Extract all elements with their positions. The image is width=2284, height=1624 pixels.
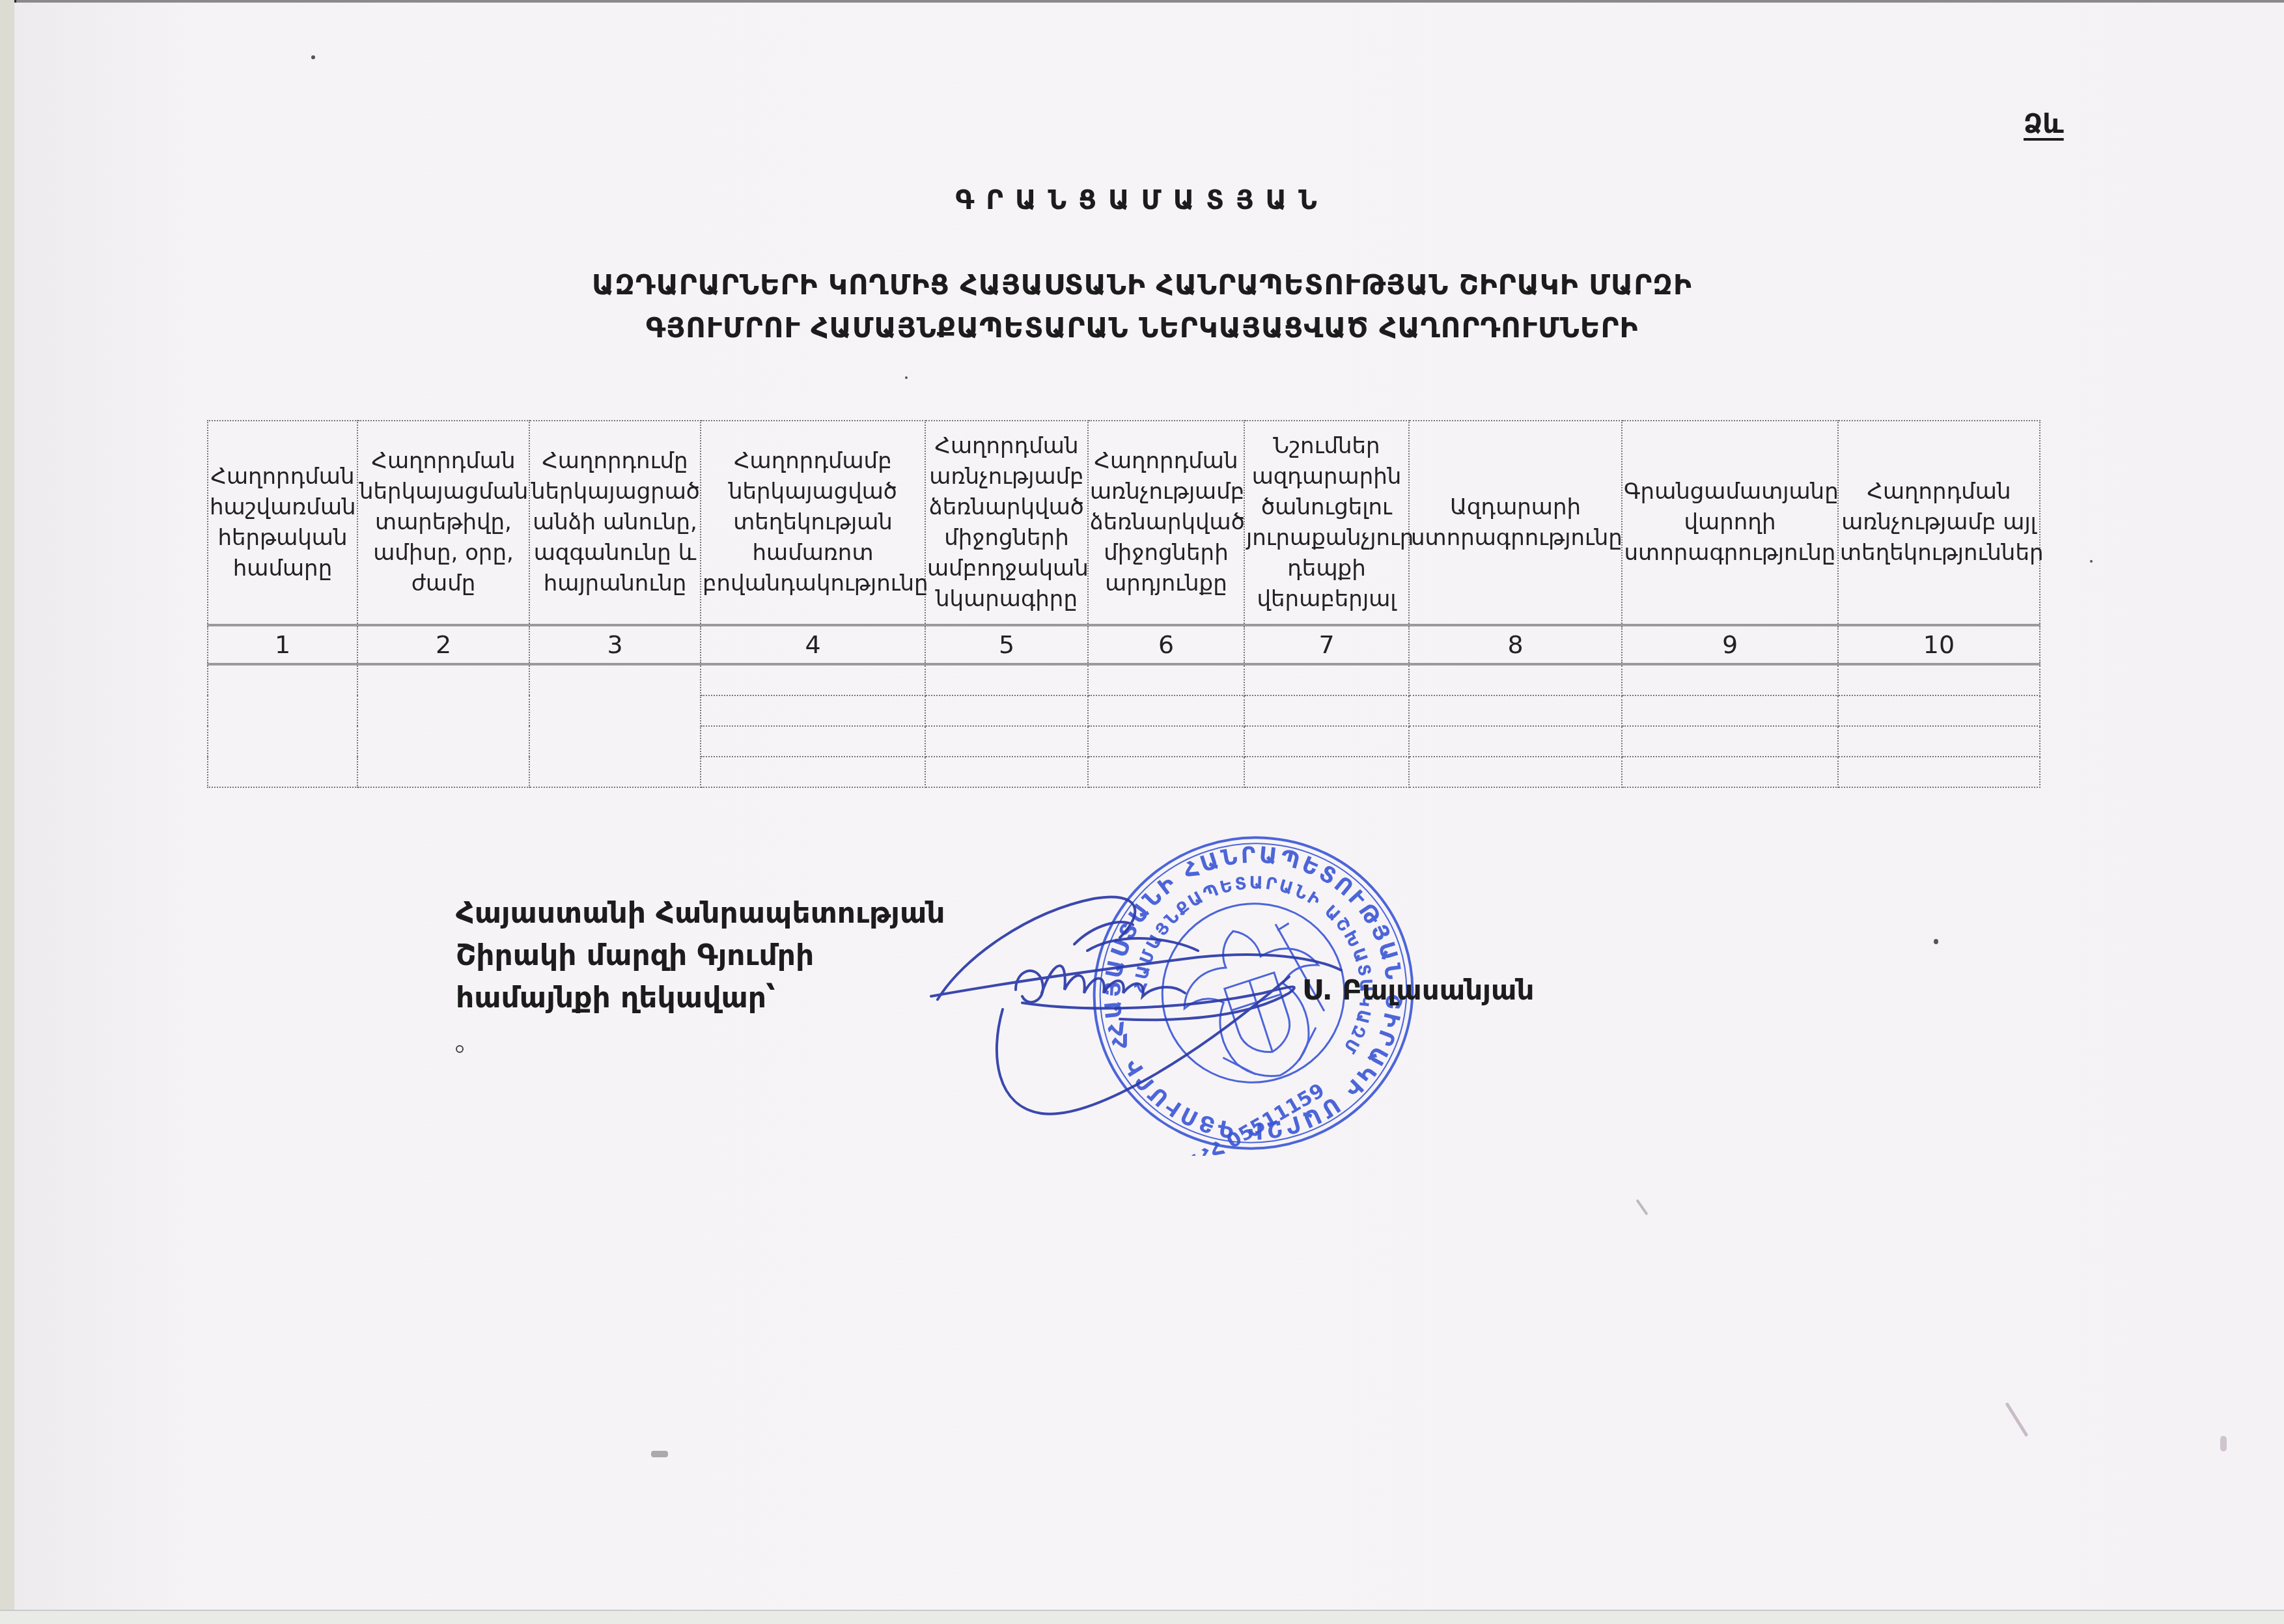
document-title: ԳՐԱՆՑԱՄԱՏՅԱՆ <box>0 186 2284 216</box>
column-number: 5 <box>925 625 1088 664</box>
table-cell <box>1838 726 2040 757</box>
table-cell <box>701 695 925 726</box>
table-cell <box>1244 726 1409 757</box>
scan-speck <box>2090 560 2093 563</box>
column-number: 4 <box>701 625 925 664</box>
table-cell <box>1622 695 1838 726</box>
table-cell <box>1244 664 1409 695</box>
table-row <box>208 664 2040 695</box>
signer-position-line-1: Հայաստանի Հանրապետության <box>456 892 945 934</box>
table-cell <box>1244 695 1409 726</box>
table-cell <box>925 726 1088 757</box>
column-header: Հաղորդման ներկայացման տարեթիվը, ամիսը, օ… <box>357 421 529 625</box>
column-number: 7 <box>1244 625 1409 664</box>
signer-position-line-3: համայնքի ղեկավար՝ <box>456 977 945 1019</box>
document-page <box>14 3 2284 1611</box>
scan-bottom-edge <box>0 1610 2284 1624</box>
table-cell <box>925 695 1088 726</box>
table-cell <box>1622 664 1838 695</box>
table-cell <box>701 757 925 787</box>
scan-smudge <box>651 1451 668 1457</box>
signer-name: Ս. Բալասանյան <box>1302 974 1535 1006</box>
appendix-mark: Ձև <box>2024 109 2064 139</box>
table-cell <box>1409 757 1622 787</box>
column-number: 1 <box>208 625 357 664</box>
table-cell-merged <box>529 664 701 787</box>
table-cell <box>1838 664 2040 695</box>
table-cell <box>1088 664 1244 695</box>
table-cell <box>1088 757 1244 787</box>
column-header: Հաղորդման առնչությամբ ձեռնարկված միջոցնե… <box>925 421 1088 625</box>
subtitle-line-1: ԱԶԴԱՐԱՐՆԵՐԻ ԿՈՂՄԻՑ ՀԱՅԱՍՏԱՆԻ ՀԱՆՐԱՊԵՏՈՒԹ… <box>0 264 2284 307</box>
table-cell <box>1409 726 1622 757</box>
column-header: Ազդարարի ստորագրությունը <box>1409 421 1622 625</box>
registry-table: Հաղորդման հաշվառման հերթական համարը Հաղո… <box>207 420 2040 788</box>
column-header: Հաղորդմամբ ներկայացված տեղեկության համառ… <box>701 421 925 625</box>
column-header: Հաղորդումը ներկայացրած անձի անունը, ազգա… <box>529 421 701 625</box>
table-cell-merged <box>357 664 529 787</box>
column-number: 8 <box>1409 625 1622 664</box>
signer-position-line-2: Շիրակի մարզի Գյումրի <box>456 934 945 977</box>
column-header: Հաղորդման հաշվառման հերթական համարը <box>208 421 357 625</box>
scan-speck <box>456 1045 464 1053</box>
column-number: 9 <box>1622 625 1838 664</box>
table-cell <box>1244 757 1409 787</box>
column-header: Հաղորդման առնչությամբ ձեռնարկված միջոցնե… <box>1088 421 1244 625</box>
document-subtitle: ԱԶԴԱՐԱՐՆԵՐԻ ԿՈՂՄԻՑ ՀԱՅԱՍՏԱՆԻ ՀԱՆՐԱՊԵՏՈՒԹ… <box>0 264 2284 350</box>
signer-position: Հայաստանի Հանրապետության Շիրակի մարզի Գյ… <box>456 892 945 1019</box>
column-number: 2 <box>357 625 529 664</box>
column-number-row: 1 2 3 4 5 6 7 8 9 10 <box>208 625 2040 664</box>
table-header-row: Հաղորդման հաշվառման հերթական համարը Հաղո… <box>208 421 2040 625</box>
scan-speck <box>1934 939 1938 944</box>
table-cell-merged <box>208 664 357 787</box>
scan-smudge <box>2220 1436 2227 1451</box>
table-cell <box>1088 726 1244 757</box>
column-header: Հաղորդման առնչությամբ այլ տեղեկություննե… <box>1838 421 2040 625</box>
table-cell <box>1622 726 1838 757</box>
column-header: Նշումներ ազդարարին ծանուցելու յուրաքանչյ… <box>1244 421 1409 625</box>
column-number: 6 <box>1088 625 1244 664</box>
table-cell <box>925 757 1088 787</box>
table-cell <box>701 726 925 757</box>
table-cell <box>1838 757 2040 787</box>
table-cell <box>701 664 925 695</box>
column-number: 3 <box>529 625 701 664</box>
column-number: 10 <box>1838 625 2040 664</box>
subtitle-line-2: ԳՅՈՒՄՐՈՒ ՀԱՄԱՅՆՔԱՊԵՏԱՐԱՆ ՆԵՐԿԱՅԱՑՎԱԾ ՀԱՂ… <box>0 307 2284 350</box>
column-header: Գրանցամատյանը վարողի ստորագրությունը <box>1622 421 1838 625</box>
table-cell <box>1409 664 1622 695</box>
table-cell <box>1622 757 1838 787</box>
table-cell <box>1838 695 2040 726</box>
scan-speck <box>905 376 908 379</box>
table-cell <box>925 664 1088 695</box>
table-cell <box>1088 695 1244 726</box>
scan-speck <box>311 55 315 59</box>
table-cell <box>1409 695 1622 726</box>
